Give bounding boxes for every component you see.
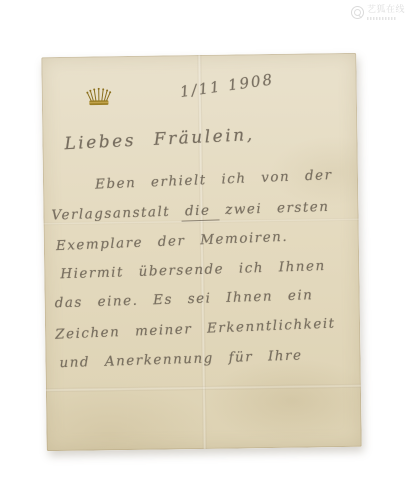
letter-body-line: das eine. Es sei Ihnen ein <box>54 287 313 311</box>
letter-body-line: Zeichen meiner Erkenntlichkeit <box>55 315 336 342</box>
letter-body-line: und Anerkennung für Ihre <box>59 347 302 371</box>
crown-emblem-icon <box>86 86 112 107</box>
letter-date: 1/11 1908 <box>179 70 275 101</box>
magnifier-icon <box>351 6 364 19</box>
letter-sheet: 1/11 1908 Liebes Fräulein, Eben erhielt … <box>41 53 361 451</box>
watermark-subtext-bar <box>367 17 397 20</box>
letter-body-line: Hiermit übersende ich Ihnen <box>60 258 326 282</box>
photo-watermark: 艺狐在线 <box>351 5 405 20</box>
photo-of-handwritten-letter: 艺狐在线 <box>0 0 410 500</box>
letter-body-line: Exemplare der Memoiren. <box>56 229 289 254</box>
letter-body-line: Eben erhielt ich von der <box>95 167 333 193</box>
letter-salutation: Liebes Fräulein, <box>64 125 255 154</box>
watermark-text: 艺狐在线 <box>367 5 405 15</box>
